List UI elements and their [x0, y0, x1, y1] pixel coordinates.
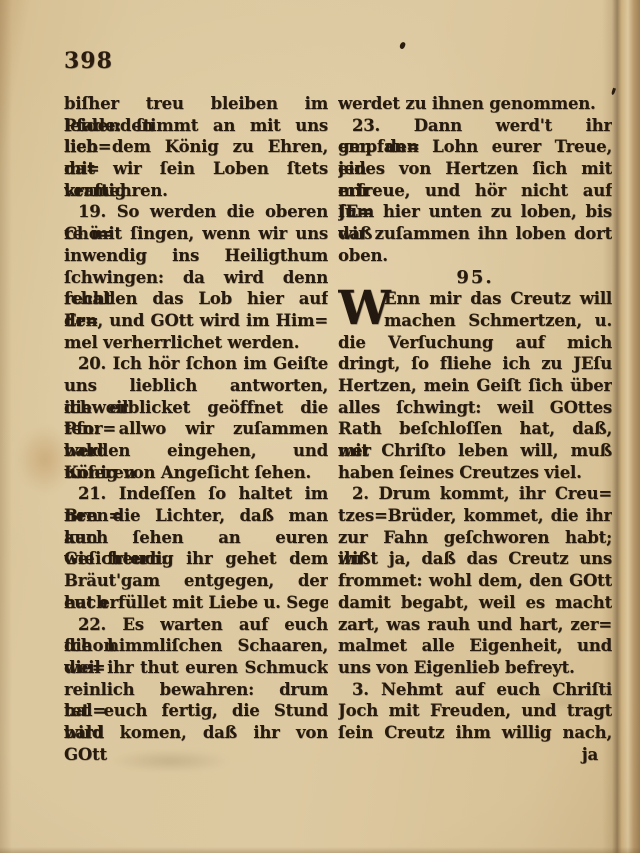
two-column-text-block: biſher treu bleiben im leidendenPfade: ſ… — [64, 93, 612, 765]
text-line: weil ihr thut euren Schmuck — [64, 657, 328, 679]
header-rule-line — [66, 83, 612, 89]
text-line: zart, was rauh und hart, zer= — [338, 614, 612, 636]
text-line: uns lieblich antworten, dieweil — [64, 375, 328, 397]
text-line: 3. Nehmt auf euch Chriſti — [338, 679, 612, 701]
text-line: frommet: wohl dem, den GOtt — [338, 570, 612, 592]
text-line: damit begabt, weil es macht — [338, 592, 612, 614]
text-line: ſchallen das Lob hier auf Er= — [64, 288, 328, 310]
text-line: lich dem König zu Ehren, da= — [64, 136, 328, 158]
text-line: König von Angeſicht ſehen. — [64, 462, 328, 484]
text-line: hat erfüllet mit Liebe u. Segen. — [64, 592, 328, 614]
text-line: Hertzen, mein Geiſt ſich über — [338, 375, 612, 397]
text-line: erfreue, und hör nicht auf JE= — [338, 180, 612, 202]
text-line: biſher treu bleiben im leidenden — [64, 93, 328, 115]
text-line: wißt ja, daß das Creutz uns — [338, 548, 612, 570]
text-line: re mit ſingen, wenn wir uns — [64, 223, 328, 245]
text-line: 19. So werden die oberen Chö= — [64, 201, 328, 223]
text-line: haben ſeines Creutzes viel. — [338, 462, 612, 484]
text-line: 23. Dann werd't ihr empfan= — [338, 115, 612, 137]
text-line: bald komen, daß ihr von GOtt — [64, 722, 328, 744]
text-line: mit Chriſto leben will, muß — [338, 440, 612, 462]
text-line: 2. Drum kommt, ihr Creu= — [338, 483, 612, 505]
text-line: tzes=Brüder, kommet, die ihr — [338, 505, 612, 527]
text-line: gen den Lohn eurer Treue, ein — [338, 136, 612, 158]
right-text-column: werdet zu ihnen genommen.23. Dann werd't… — [338, 93, 612, 765]
text-line: inwendig ins Heiligthum — [64, 245, 328, 267]
text-line: oben. — [338, 245, 612, 267]
text-line: den, und GOtt wird im Him= — [64, 310, 328, 332]
page-bottom-edge-shadow — [0, 847, 640, 853]
text-line: malmet alle Eigenheit, und — [338, 635, 612, 657]
text-line: dringt, ſo fliehe ich zu JEſu — [338, 353, 612, 375]
text-line: tet euch fertig, die Stund wird — [64, 700, 328, 722]
text-line: vermehren. — [64, 180, 328, 202]
text-line: wir zuſammen ihn loben dort — [338, 223, 612, 245]
left-text-column: biſher treu bleiben im leidendenPfade: ſ… — [64, 93, 328, 765]
text-line: mit wir ſein Loben ſtets kraftig — [64, 158, 328, 180]
text-line: 21. Indeſſen ſo haltet im Bren= — [64, 483, 328, 505]
text-line: Rath beſchloſſen hat, daß, wer — [338, 418, 612, 440]
text-line: 20. Ich hör ſchon im Geiſte — [64, 353, 328, 375]
text-line: Bräut'gam entgegen, der euch — [64, 570, 328, 592]
text-line: werdet zu ihnen genommen. — [338, 93, 612, 115]
text-line: werden eingehen, und unſeren — [64, 440, 328, 462]
text-line: uns von Eigenlieb befreyt. — [338, 657, 612, 679]
book-page-scan: 398 biſher treu bleiben im leidendenPfad… — [0, 0, 640, 853]
text-line: alles ſchwingt: weil GOttes — [338, 397, 612, 419]
text-line: die himmliſchen Schaaren, die= — [64, 635, 328, 657]
catchword: ja — [338, 744, 612, 766]
text-line: ich erblicket geöffnet die Pfor= — [64, 397, 328, 419]
text-line: ſein Creutz ihm willig nach, — [338, 722, 612, 744]
page-number: 398 — [64, 48, 113, 74]
text-line: ſchwingen: da wird denn recht — [64, 267, 328, 289]
text-line: WEnn mir das Creutz will — [338, 288, 612, 310]
text-line: 22. Es warten auf euch ſchon — [64, 614, 328, 636]
text-line: Joch mit Freuden, und tragt — [338, 700, 612, 722]
text-line: ſum hier unten zu loben, bis daß — [338, 201, 612, 223]
text-line: jedes von Hertzen ſich mit mir — [338, 158, 612, 180]
text-line: zur Fahn geſchworen habt; ihr — [338, 527, 612, 549]
text-line: wie freudig ihr gehet dem — [64, 548, 328, 570]
drop-cap-letter: W — [338, 288, 391, 330]
text-line: Pfade: ſtimmt an mit uns lieb= — [64, 115, 328, 137]
text-line: nen die Lichter, daß man auch — [64, 505, 328, 527]
text-line: mel verherrlichet werden. — [64, 332, 328, 354]
text-line: kan ſehen an euren Geſichtern: — [64, 527, 328, 549]
text-line: ten: allwo wir zuſammen bald — [64, 418, 328, 440]
text-line: reinlich bewahren: drum hal= — [64, 679, 328, 701]
ink-spot — [399, 41, 406, 49]
